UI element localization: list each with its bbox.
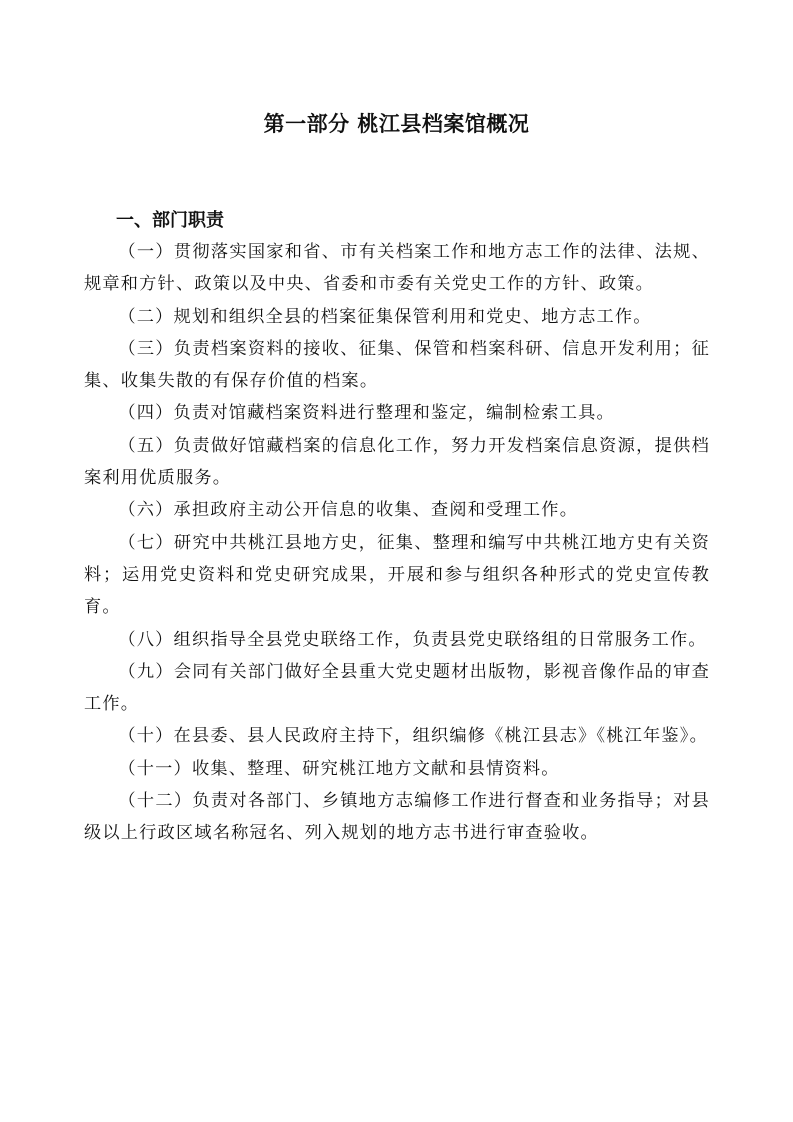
paragraph: （六）承担政府主动公开信息的收集、查阅和受理工作。	[84, 494, 710, 526]
paragraph: （七）研究中共桃江县地方史，征集、整理和编写中共桃江地方史有关资料；运用党史资料…	[84, 527, 710, 624]
paragraph: （四）负责对馆藏档案资料进行整理和鉴定，编制检索工具。	[84, 397, 710, 429]
paragraph: （二）规划和组织全县的档案征集保管利用和党史、地方志工作。	[84, 301, 710, 333]
paragraph: （八）组织指导全县党史联络工作，负责县党史联络组的日常服务工作。	[84, 624, 710, 656]
paragraph: （十一）收集、整理、研究桃江地方文献和县情资料。	[84, 753, 710, 785]
paragraph: （一）贯彻落实国家和省、市有关档案工作和地方志工作的法律、法规、规章和方针、政策…	[84, 236, 710, 301]
paragraph: （三）负责档案资料的接收、征集、保管和档案科研、信息开发利用；征集、收集失散的有…	[84, 333, 710, 398]
paragraph: （五）负责做好馆藏档案的信息化工作，努力开发档案信息资源，提供档案利用优质服务。	[84, 430, 710, 495]
paragraph: （九）会同有关部门做好全县重大党史题材出版物，影视音像作品的审查工作。	[84, 656, 710, 721]
section-heading: 一、部门职责	[116, 206, 224, 232]
page-title: 第一部分 桃江县档案馆概况	[0, 108, 793, 138]
paragraph: （十二）负责对各部门、乡镇地方志编修工作进行督查和业务指导；对县级以上行政区域名…	[84, 785, 710, 850]
paragraph: （十）在县委、县人民政府主持下，组织编修《桃江县志》《桃江年鉴》。	[84, 720, 710, 752]
document-body: （一）贯彻落实国家和省、市有关档案工作和地方志工作的法律、法规、规章和方针、政策…	[84, 236, 710, 850]
